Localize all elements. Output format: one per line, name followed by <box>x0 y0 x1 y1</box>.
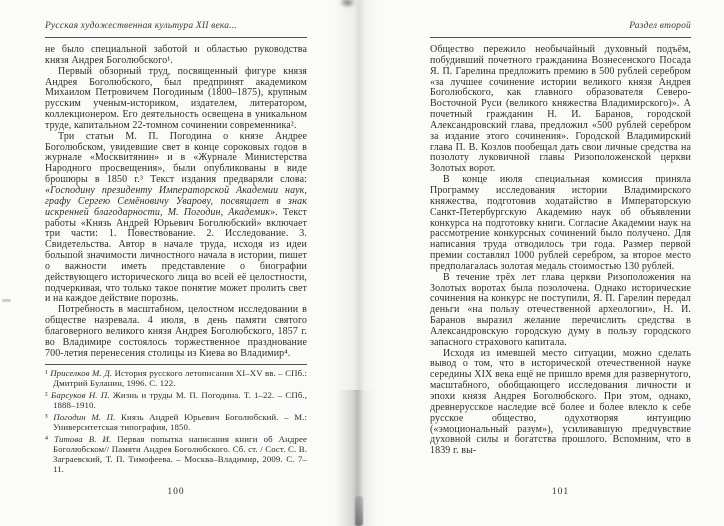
page-number-right: 101 <box>430 487 691 497</box>
footnote-author: Погодин М. П. <box>53 412 115 422</box>
footnotes: ¹ Приселков М. Д. История русского летоп… <box>45 364 307 474</box>
footnote: ² Барсуков Н. П. Жизнь и труды М. П. Пог… <box>45 391 307 411</box>
gutter-shadow-lower <box>336 390 376 526</box>
paragraph: Исходя из имевшей место ситуации, можно … <box>430 349 691 457</box>
right-page-body: Общество пережило необычайный духовный п… <box>430 45 691 457</box>
right-page: Раздел второй Общество пережило необычай… <box>430 0 691 526</box>
running-header-left: Русская художественная культура XII века… <box>45 21 307 38</box>
gutter-shadow <box>332 0 396 526</box>
footnote-author: Барсуков Н. П. <box>51 390 110 400</box>
footnote-marker: ⁴ <box>45 434 54 444</box>
paragraph: Первый обзорный труд, посвященный фигуре… <box>45 67 307 132</box>
gutter-top-shadow <box>339 0 356 8</box>
quoted-dedication: Господину президенту Императорской Акаде… <box>45 185 307 218</box>
paragraph-text: ». Текст работы «Князь Андрей Юрьевич Бо… <box>45 207 307 305</box>
footnote-author: Приселков М. Д. <box>50 368 112 378</box>
left-page: Русская художественная культура XII века… <box>45 0 307 526</box>
running-header-right: Раздел второй <box>430 21 691 38</box>
paragraph: В течение трёх лет глава церкви Ризополо… <box>430 273 691 349</box>
footnote: ⁴ Титова В. И. Первая попытка написания … <box>45 435 307 475</box>
book-spread: Русская художественная культура XII века… <box>0 0 724 526</box>
footnote: ¹ Приселков М. Д. История русского летоп… <box>45 369 307 389</box>
left-page-body: не было специальной заботой и областью р… <box>45 45 307 359</box>
paragraph: Потребность в масштабном, целостном иссл… <box>45 305 307 359</box>
page-number-left: 100 <box>45 487 307 497</box>
paragraph: не было специальной заботой и областью р… <box>45 45 307 67</box>
paragraph: В конце июля специальная комиссия принял… <box>430 175 691 273</box>
footnote-author: Титова В. И. <box>54 434 111 444</box>
footnote: ³ Погодин М. П. Князь Андрей Юрьевич Бог… <box>45 413 307 433</box>
paragraph: Общество пережило необычайный духовный п… <box>430 45 691 175</box>
scan-artifact <box>2 299 11 302</box>
paragraph: Три статьи М. П. Погодина о князе Андрее… <box>45 132 307 306</box>
gutter-bottom-streak <box>355 496 363 526</box>
